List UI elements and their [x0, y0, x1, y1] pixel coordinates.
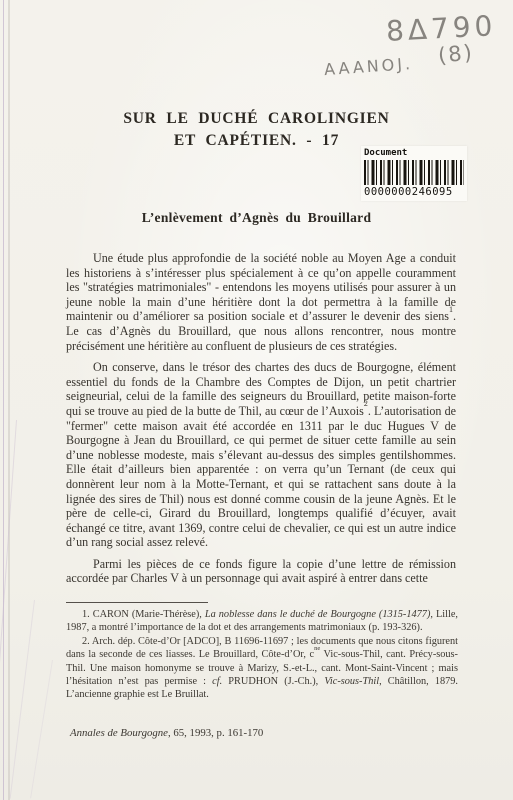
- barcode-number: 0000000246095: [364, 186, 464, 198]
- barcode-caption: Document: [364, 148, 464, 158]
- scan-artifact-line: [30, 660, 53, 798]
- footnote-2-text: PRUDHON (J.-Ch.),: [222, 676, 324, 687]
- scanned-page: 8Δ790 (8) AAANOJ. SUR LE DUCHÉ CAROLINGI…: [0, 0, 513, 800]
- barcode-icon: [364, 160, 464, 185]
- footnotes: 1. CARON (Marie-Thérèse), La noblesse da…: [66, 602, 458, 702]
- scan-artifact-line: [10, 600, 35, 799]
- paragraph-1-text: Une étude plus approfondie de la société…: [66, 251, 456, 323]
- paragraph-3: Parmi les pièces de ce fonds figure la c…: [66, 557, 456, 586]
- article-title-line1: SUR LE DUCHÉ CAROLINGIEN: [20, 108, 493, 130]
- journal-citation: Annales de Bourgogne, 65, 1993, p. 161-1…: [70, 727, 263, 739]
- footnote-2-cf: cf.: [212, 676, 222, 687]
- footnote-ref-2: 2: [364, 399, 368, 408]
- footnote-2-work-title: Vic-sous-Thil: [324, 676, 379, 687]
- barcode-label: Document 0000000246095: [361, 146, 467, 201]
- journal-reference: , 65, 1993, p. 161-170: [168, 727, 263, 739]
- footnote-1: 1. CARON (Marie-Thérèse), La noblesse da…: [66, 608, 458, 635]
- handwritten-note: AAANOJ.: [323, 54, 413, 79]
- handwritten-shelfmark: 8Δ790: [385, 9, 497, 48]
- footnote-ref-1: 1: [449, 305, 453, 314]
- footnote-2-superscript: ne: [314, 645, 320, 652]
- footnote-separator: [66, 602, 208, 603]
- footnote-1-author: CARON (Marie-Thérèse),: [93, 609, 205, 620]
- scan-artifact-line: [3, 0, 4, 800]
- paragraph-1: Une étude plus approfondie de la société…: [66, 251, 456, 353]
- scan-artifact-line: [0, 420, 17, 799]
- footnote-1-number: 1.: [82, 609, 93, 620]
- journal-title: Annales de Bourgogne: [70, 727, 168, 739]
- scan-artifact-line: [8, 0, 10, 800]
- section-heading: L’enlèvement d’Agnès du Brouillard: [20, 210, 493, 226]
- paragraph-2-text: . L’autorisation de "fermer" cette maiso…: [66, 404, 456, 549]
- paragraph-2: On conserve, dans le trésor des chartes …: [66, 360, 456, 550]
- footnote-2-number: 2.: [82, 636, 92, 647]
- article-body: Une étude plus approfondie de la société…: [66, 251, 456, 586]
- handwritten-number: (8): [437, 40, 475, 68]
- footnote-2: 2. Arch. dép. Côte-d’Or [ADCO], B 11696-…: [66, 635, 458, 702]
- footnote-1-work-title: La noblesse dans le duché de Bourgogne (…: [205, 609, 431, 620]
